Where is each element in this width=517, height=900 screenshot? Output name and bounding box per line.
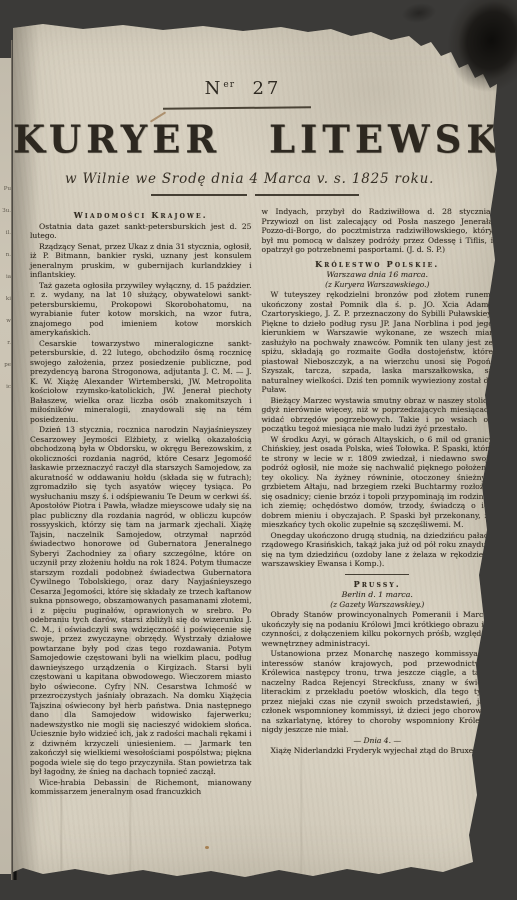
article-paragraph: Rządzący Senat, przez Ukaz z dnia 31 sty… [30,242,252,280]
paper-rust-freckle [108,490,111,492]
section-heading: Królestwo Polskie. [262,260,493,270]
source-credit: (z Gazety Warszawskiey.) [262,600,493,610]
article-paragraph: Ustanowiona przez Monarchę naszego kommi… [262,649,493,735]
issue-number: Ner 27 [205,78,282,99]
article-paragraph: W tuteyszey rękodzielni bronzów pod złot… [262,290,493,395]
place-dateline: Warszawa dnia 16 marca. [262,270,493,280]
dateline-rule-right [255,194,359,196]
section-heading: Prussy. [262,580,493,590]
left-column: Wiadomości Krajowe.Ostatnia data gazet s… [30,206,252,797]
article-paragraph: W środku Azyi, w górach Altayskich, o 6 … [262,435,493,530]
article-paragraph: Dzień 13 stycznia, rocznica narodzin Nay… [30,425,252,777]
newspaper-title: KURYER LITEWSKI [13,116,497,162]
source-credit: (z Kuryera Warszawskiego.) [262,280,493,290]
dateline-rule-left [151,194,247,196]
paper-rust-freckle [205,846,209,849]
article-paragraph: Ostatnia data gazet sankt-petersburskich… [30,222,252,241]
place-dateline: Berlin d. 1 marca. [262,590,493,600]
right-column: w Indyach, przybył do Radziwiłłowa d. 28… [262,206,493,797]
section-divider [345,574,409,575]
article-paragraph: Wice-hrabia Debassin de Richemont, miano… [30,778,252,797]
masthead: Ner 27 KURYER LITEWSKI w Wilnie we Srodę… [13,20,497,196]
article-paragraph: Obrady Stanów prowincyonalnych Pomeranii… [262,610,493,648]
article-paragraph: Bieżący Marzec wystawia smutny obraz w n… [262,396,493,434]
publication-dateline: w Wilnie we Srodę dnia 4 Marca v. s. 182… [13,171,497,187]
issue-superscript: er [223,80,235,90]
issue-letter: N [205,78,224,99]
article-paragraph: Cesarskie towarzystwo mineralogiczne san… [30,339,252,425]
article-paragraph: Onegday ukończono drugą studnią, na dzie… [262,531,493,569]
masthead-rule [163,106,311,110]
issue-value: 27 [252,78,281,99]
scan-background: Pu Зu. il. n. ia ki w r. pe ic Ner 27 KU… [0,0,517,900]
article-paragraph-continued: w Indyach, przybył do Radziwiłłowa d. 28… [262,207,493,255]
article-paragraph: Taż gazeta ogłosiła przywiley wyłączny, … [30,281,252,338]
section-heading: Wiadomości Krajowe. [30,211,252,221]
article-paragraph: Xiążę Niderlandzki Fryderyk wyjechał ztą… [262,746,493,756]
newspaper-page: Ner 27 KURYER LITEWSKI w Wilnie we Srodę… [13,20,497,878]
dateline-rule [13,194,497,196]
date-note: — Dnia 4. — [262,736,493,746]
article-columns: Wiadomości Krajowe.Ostatnia data gazet s… [13,196,497,797]
